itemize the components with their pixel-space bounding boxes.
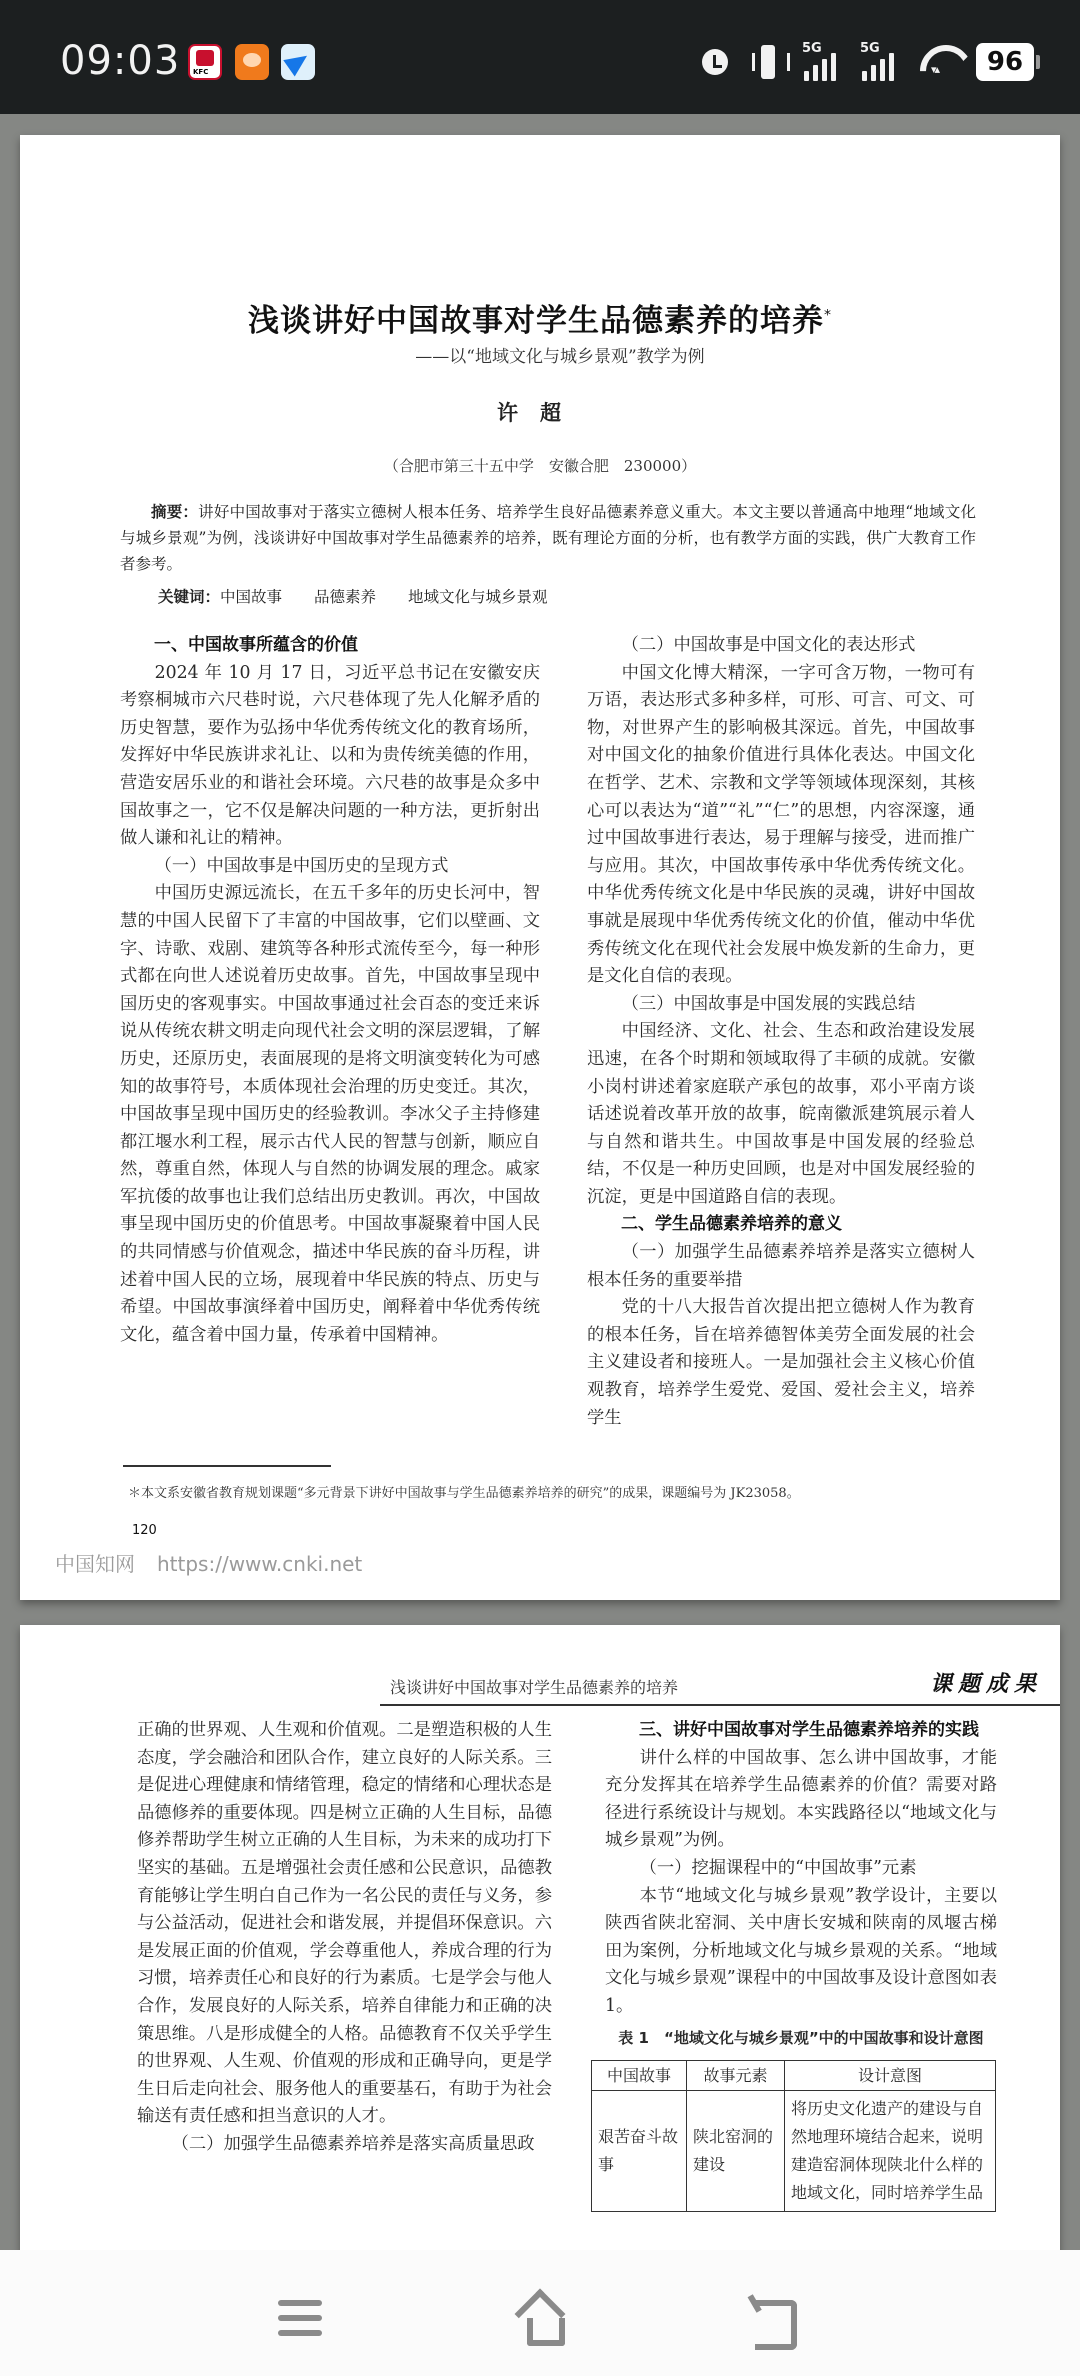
table-row: 艰苦奋斗故事 陕北窑洞的建设 将历史文化遗产的建设与自然地理环境结合起来，说明建… [592,2091,996,2212]
abstract-text: 讲好中国故事对于落实立德树人根本任务、培养学生良好品德素养意义重大。本文主要以普… [120,503,976,573]
menu-icon-bar [278,2330,322,2336]
document-page-2[interactable]: 浅谈讲好中国故事对学生品德素养的培养 课题成果 正确的世界观、人生观和价值观。二… [20,1625,1060,2265]
paragraph: 党的十八大报告首次提出把立德树人作为教育的根本任务，旨在培养德智体美劳全面发展的… [587,1294,975,1432]
abstract-label: 摘要： [151,503,198,521]
table-cell: 艰苦奋斗故事 [592,2091,687,2212]
network-type-label: 5G [802,41,822,56]
footnote-divider [123,1465,331,1467]
article-title: 浅谈讲好中国故事对学生品德素养的培养* [20,295,1060,340]
system-navigation-bar [0,2250,1080,2376]
page1-left-column: 一、中国故事所蕴含的价值 2024 年 10 月 17 日，习近平总书记在安徽安… [120,632,540,1349]
section-heading: 一、中国故事所蕴含的价值 [120,632,540,660]
paragraph: 2024 年 10 月 17 日，习近平总书记在安徽安庆考察桐城市六尺巷时说，六… [120,660,540,853]
page1-right-column: （二）中国故事是中国文化的表达形式 中国文化博大精深，一字可含万物，一物可有万语… [587,632,975,1432]
paragraph: 中国历史源远流长，在五千多年的历史长河中，智慧的中国人民留下了丰富的中国故事，它… [120,880,540,1349]
mail-notification-icon [281,44,315,80]
table-cell: 陕北窑洞的建设 [687,2091,785,2212]
header-divider [380,1704,1060,1706]
subsection-heading: （二）加强学生品德素养培养是落实高质量思政 [137,2131,552,2159]
menu-icon-bar [278,2315,322,2321]
page2-left-column: 正确的世界观、人生观和价值观。二是塑造积极的人生态度，学会融洽和团队合作，建立良… [137,1717,552,2159]
paragraph: 正确的世界观、人生观和价值观。二是塑造积极的人生态度，学会融洽和团队合作，建立良… [137,1717,552,2131]
page-number: 120 [132,1523,157,1538]
chat-notification-icon [235,44,269,80]
signal-5g-icon: 5G [860,43,904,81]
wifi-icon [918,43,962,81]
signal-5g-icon: 5G [802,43,846,81]
back-button[interactable] [745,2288,805,2348]
paragraph: 本节“地域文化与城乡景观”教学设计，主要以陕西省陕北窑洞、关中唐长安城和陕南的凤… [605,1883,997,2021]
author-affiliation: （合肥市第三十五中学 安徽合肥 230000） [20,455,1060,476]
menu-button[interactable] [270,2288,330,2348]
menu-icon [278,2300,322,2306]
kfc-coffee-notification-icon [188,44,222,80]
clock: 09:03 [60,38,180,84]
keyword: 地域文化与城乡景观 [408,588,548,606]
cnki-logo: 中国知网 [55,1552,135,1576]
article-subtitle: ——以“地域文化与城乡景观”教学为例 [20,342,1060,367]
paragraph: 讲什么样的中国故事、怎么讲中国故事，才能充分发挥其在培养学生品德素养的价值？需要… [605,1745,997,1855]
column-header: 中国故事 [592,2061,687,2091]
author-name: 许超 [20,397,1060,427]
network-type-label: 5G [860,41,880,56]
column-tag: 课题成果 [930,1667,1042,1698]
document-page-1[interactable]: 浅谈讲好中国故事对学生品德素养的培养* ——以“地域文化与城乡景观”教学为例 许… [20,135,1060,1600]
battery-level: 96 [976,43,1034,81]
keywords-label: 关键词： [158,588,220,606]
subsection-heading: （一）中国故事是中国历史的呈现方式 [120,853,540,881]
running-head: 浅谈讲好中国故事对学生品德素养的培养 [390,1675,678,1698]
footnote: ＊本文系安徽省教育规划课题“多元背景下讲好中国故事与学生品德素养培养的研究”的成… [128,1482,800,1501]
table-header-row: 中国故事 故事元素 设计意图 [592,2061,996,2091]
paragraph: 中国经济、文化、社会、生态和政治建设发展迅速，在各个时期和领域取得了丰硕的成就。… [587,1018,975,1211]
status-bar: 09:03 5G 5G 96 [0,0,1080,114]
story-design-table: 中国故事 故事元素 设计意图 艰苦奋斗故事 陕北窑洞的建设 将历史文化遗产的建设… [591,2060,996,2212]
paragraph: 中国文化博大精深，一字可含万物，一物可有万语，表达形式多种多样，可形、可言、可文… [587,660,975,991]
table-caption: 表 1 “地域文化与城乡景观”中的中国故事和设计意图 [605,2025,997,2053]
page2-right-column: 三、讲好中国故事对学生品德素养培养的实践 讲什么样的中国故事、怎么讲中国故事，才… [605,1717,997,2212]
home-button[interactable] [510,2288,570,2348]
vibrate-icon [748,43,788,81]
section-heading: 三、讲好中国故事对学生品德素养培养的实践 [605,1717,997,1745]
keyword: 中国故事 [220,588,282,606]
subsection-heading: （三）中国故事是中国发展的实践总结 [587,991,975,1019]
cnki-watermark: 中国知网https://www.cnki.net [55,1548,362,1577]
cnki-url: https://www.cnki.net [157,1552,362,1576]
abstract: 摘要：讲好中国故事对于落实立德树人根本任务、培养学生良好品德素养意义重大。本文主… [120,499,976,577]
column-header: 设计意图 [785,2061,996,2091]
alarm-icon [698,43,734,81]
keyword: 品德素养 [314,588,376,606]
title-footnote-mark: * [824,308,832,324]
status-icons: 5G 5G 96 [698,40,1040,84]
table-cell: 将历史文化遗产的建设与自然地理环境结合起来，说明建造窑洞体现陕北什么样的地域文化… [785,2091,996,2212]
battery-icon [1036,55,1040,69]
subsection-heading: （一）挖掘课程中的“中国故事”元素 [605,1855,997,1883]
subsection-heading: （一）加强学生品德素养培养是落实立德树人根本任务的重要举措 [587,1239,975,1294]
keywords: 关键词：中国故事品德素养地域文化与城乡景观 [158,585,580,607]
subsection-heading: （二）中国故事是中国文化的表达形式 [587,632,975,660]
section-heading: 二、学生品德素养培养的意义 [587,1211,975,1239]
column-header: 故事元素 [687,2061,785,2091]
